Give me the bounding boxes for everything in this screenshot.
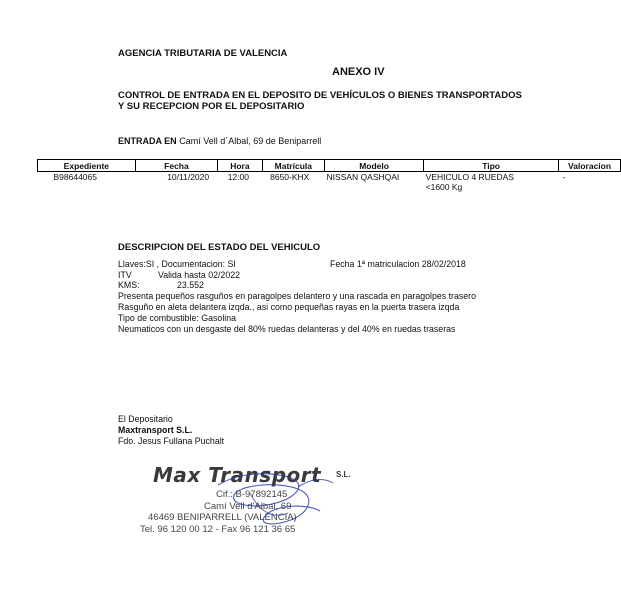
signature-company: Maxtransport S.L. (118, 425, 192, 435)
col-hora: Hora (218, 160, 262, 172)
itv-value: Valida hasta 02/2022 (158, 270, 240, 280)
entrada-field: ENTRADA EN Camí Vell d´Albal, 69 de Beni… (118, 136, 321, 146)
cell-matricula: 8650-KHX (262, 172, 324, 193)
col-matricula: Matrícula (262, 160, 324, 172)
document-title-line1: CONTROL DE ENTRADA EN EL DEPOSITO DE VEH… (118, 90, 522, 101)
first-registration-date: Fecha 1ª matriculacion 28/02/2018 (330, 259, 466, 269)
col-valoracion: Valoracion (559, 160, 621, 172)
table-row: B98644065 10/11/2020 12:00 8650-KHX NISS… (38, 172, 621, 193)
cell-fecha: 10/11/2020 (135, 172, 217, 193)
kms-label: KMS: (118, 280, 140, 290)
itv-label: ITV (118, 270, 132, 280)
agency-name: AGENCIA TRIBUTARIA DE VALENCIA (118, 48, 287, 59)
company-stamp: Max Transport S.L. Cif.: B-97892145 Camí… (148, 463, 378, 543)
col-fecha: Fecha (135, 160, 217, 172)
table-header-row: Expediente Fecha Hora Matrícula Modelo T… (38, 160, 621, 172)
signature-role: El Depositario (118, 414, 173, 424)
description-line: Neumaticos con un desgaste del 80% rueda… (118, 324, 455, 334)
handwritten-signature-icon (148, 463, 378, 543)
col-modelo: Modelo (325, 160, 424, 172)
document-title-line2: Y SU RECEPCION POR EL DEPOSITARIO (118, 101, 304, 112)
vehicle-table: Expediente Fecha Hora Matrícula Modelo T… (37, 159, 621, 192)
col-expediente: Expediente (38, 160, 136, 172)
kms-value: 23.552 (177, 280, 204, 290)
entrada-label: ENTRADA EN (118, 136, 177, 146)
cell-valoracion: - (559, 172, 621, 193)
description-line: Presenta pequeños rasguños en paragolpes… (118, 291, 476, 301)
signature-signed-by: Fdo. Jesus Fullana Puchalt (118, 436, 224, 446)
cell-hora: 12:00 (218, 172, 262, 193)
description-line: Rasguño en aleta delantera izqda., asi c… (118, 302, 459, 312)
description-title: DESCRIPCION DEL ESTADO DEL VEHICULO (118, 242, 320, 253)
cell-modelo: NISSAN QASHQAI (325, 172, 424, 193)
annex-title: ANEXO IV (332, 66, 385, 78)
keys-docs: Llaves:SI , Documentacion: SI (118, 259, 236, 269)
entrada-value: Camí Vell d´Albal, 69 de Beniparrell (179, 136, 321, 146)
tipo-line1: VEHICULO 4 RUEDAS (426, 172, 557, 182)
cell-tipo: VEHICULO 4 RUEDAS <1600 Kg (424, 172, 559, 193)
description-line: Tipo de combustible: Gasolina (118, 313, 236, 323)
tipo-line2: <1600 Kg (426, 182, 557, 192)
cell-expediente: B98644065 (38, 172, 136, 193)
col-tipo: Tipo (424, 160, 559, 172)
